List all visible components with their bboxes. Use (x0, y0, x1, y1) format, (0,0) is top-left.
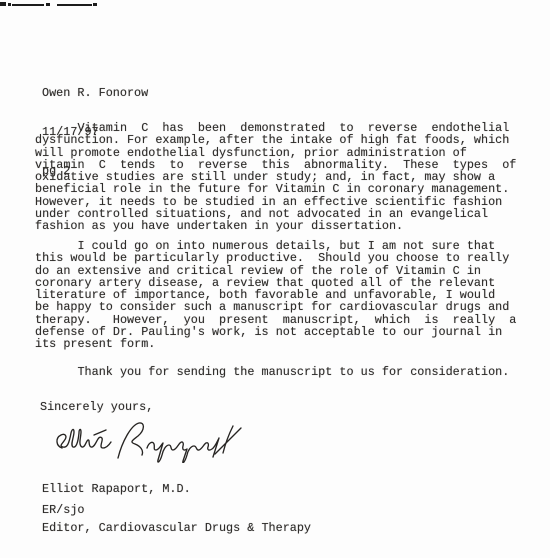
paragraph-vitamin-c-findings: Vitamin C has been demonstrated to rever… (35, 122, 516, 233)
signer-name: Elliot Rapaport, M.D. (42, 483, 311, 496)
recipient-name: Owen R. Fonorow (42, 87, 148, 100)
signer-title: Editor, Cardiovascular Drugs & Therapy (42, 522, 311, 535)
typist-initials: ER/sjo (42, 504, 84, 516)
valediction: Sincerely yours, (40, 401, 153, 413)
paragraph-thank-you: Thank you for sending the manuscript to … (35, 366, 509, 378)
scan-artifact-line (12, 4, 44, 6)
scan-artifact-dot (93, 3, 97, 6)
scanned-letter-page: Owen R. Fonorow 11/17/97 pg 2 Vitamin C … (0, 0, 550, 558)
scan-artifact-dash (0, 2, 6, 6)
scan-artifact-dot (46, 3, 50, 6)
paragraph-review-offer: I could go on into numerous details, but… (35, 240, 516, 351)
scan-artifact-line (57, 4, 92, 6)
scan-artifact-dot (8, 3, 11, 6)
